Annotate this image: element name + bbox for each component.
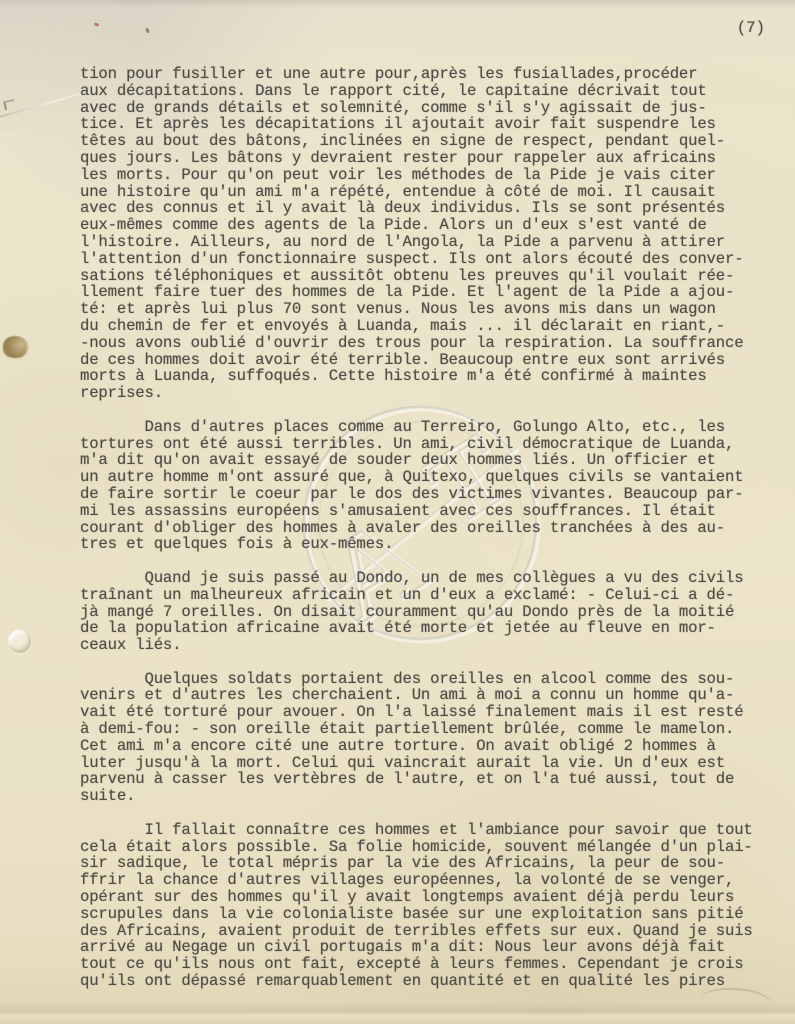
paragraph: Quand je suis passé au Dondo, un de mes … [80,570,795,654]
hole-punch-emboss [8,630,31,653]
page-bottom-edge [0,1002,795,1024]
paragraph: Quelques soldats portaient des oreilles … [80,671,795,805]
typewritten-text-block: tion pour fusiller et une autre pour,apr… [80,66,795,1007]
paragraph: tion pour fusiller et une autre pour,apr… [80,66,795,402]
document-sheet: (7) A A T T tion pour fusiller et une au… [0,0,795,1024]
hole-punch-stain [3,336,29,358]
paragraph: Dans d'autres places comme au Terreiro, … [80,419,795,553]
page-number: (7) [737,19,765,37]
paragraph: Il fallait connaître ces hommes et l'amb… [80,822,795,990]
